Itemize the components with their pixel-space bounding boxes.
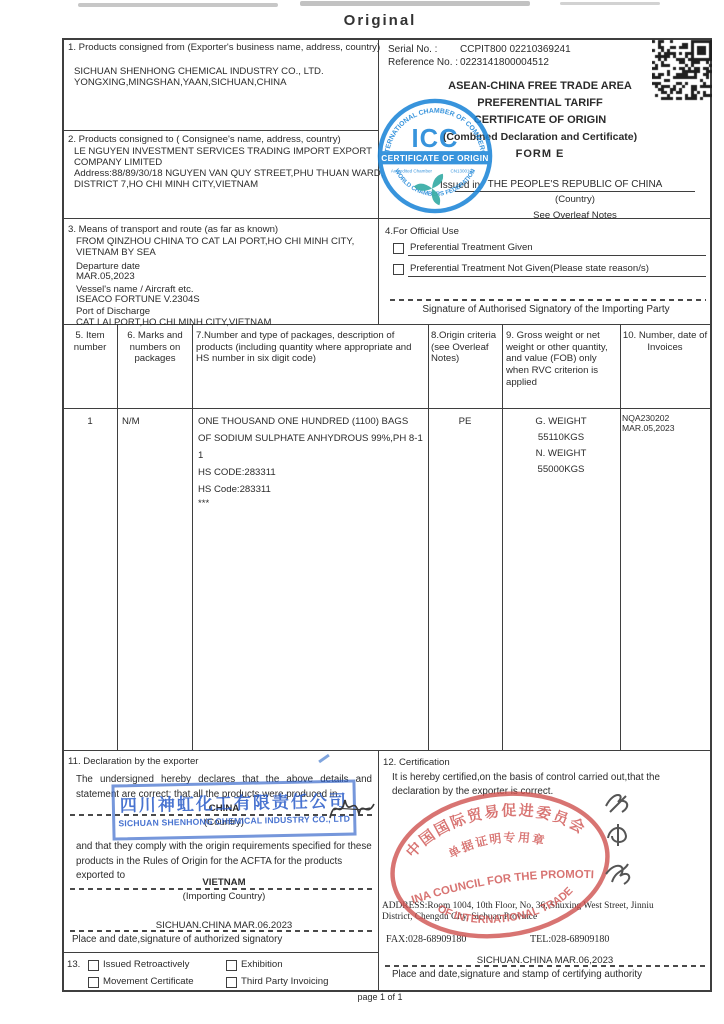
table-column-line — [620, 324, 621, 750]
table-column-line — [428, 324, 429, 750]
preferential-given-checkbox — [393, 243, 404, 254]
row-desc-line: OF SODIUM SULPHATE ANHYDROUS 99%,PH 8-1 — [198, 433, 423, 445]
issued-country: THE PEOPLE'S REPUBLIC OF CHINA — [460, 179, 690, 191]
preferential-not-given-label: Preferential Treatment Not Given(Please … — [410, 263, 649, 275]
row-desc-line: 1 — [198, 450, 203, 462]
exporter-name: SICHUAN SHENHONG CHEMICAL INDUSTRY CO., … — [74, 66, 324, 78]
row-weight-line: N. WEIGHT — [506, 448, 616, 460]
row-weight-line: 55000KGS — [506, 464, 616, 476]
third-party-invoicing-checkbox — [226, 977, 237, 988]
box1-label: 1. Products consigned from (Exporter's b… — [68, 42, 380, 54]
border-right — [710, 38, 712, 992]
box2-label: 2. Products consigned to ( Consignee's n… — [68, 134, 341, 146]
row-invoice-date: MAR.05,2023 — [622, 423, 675, 433]
icc-letters: ICC — [412, 125, 459, 153]
ccpit-line2-text: 单据证明专用章 — [445, 825, 550, 862]
third-party-invoicing-label: Third Party Invoicing — [241, 976, 328, 988]
certifier-signature — [598, 786, 638, 896]
ccpit-certification-stamp: 中国国际贸易促进委员会 单据证明专用章 CHINA COUNCIL FOR TH… — [377, 775, 624, 955]
fta-title-line1: ASEAN-CHINA FREE TRADE AREA — [390, 80, 690, 93]
country-caption: (Country) — [460, 194, 690, 206]
col-weight-header: 9. Gross weight or net weight or other q… — [506, 330, 616, 389]
row-origin-criteria: PE — [431, 416, 499, 428]
row-desc-line: ONE THOUSAND ONE HUNDRED (1100) BAGS — [198, 416, 408, 428]
issued-retroactively-checkbox — [88, 960, 99, 971]
exporter-address: YONGXING,MINGSHAN,YAAN,SICHUAN,CHINA — [74, 77, 287, 89]
transport-route-line2: VIETNAM BY SEA — [76, 247, 156, 259]
row-weight-line: 55110KGS — [506, 432, 616, 444]
preferential-given-label: Preferential Treatment Given — [410, 242, 533, 254]
importing-signatory-caption: Signature of Authorised Signatory of the… — [385, 304, 707, 316]
col-marks-header: 6. Marks and numbers on packages — [120, 330, 190, 365]
exporter-company-stamp: 四川神虹化工有限责任公司 SICHUAN SHENHONG CHEMICAL I… — [111, 779, 356, 840]
page-title: Original — [300, 12, 460, 30]
ink-mark — [318, 754, 330, 763]
scan-smudge — [78, 3, 278, 7]
consignee-line: Address:88/89/30/18 NGUYEN VAN QUY STREE… — [74, 168, 383, 180]
exhibition-checkbox — [226, 960, 237, 971]
box11-label: 11. Declaration by the exporter — [68, 756, 198, 768]
divider — [378, 750, 379, 991]
serial-value: CCPIT800 02210369241 — [460, 44, 571, 56]
box4-label: 4.For Official Use — [385, 226, 459, 238]
authority-tel: TEL:028-68909180 — [530, 934, 609, 946]
exhibition-label: Exhibition — [241, 959, 283, 971]
table-column-line — [117, 324, 118, 750]
discharge-port-label: Port of Discharge — [76, 306, 150, 318]
icc-certificate-stamp: INTERNATIONAL CHAMBER OF COMMERCE ICC CE… — [376, 97, 494, 215]
consignee-line: LE NGUYEN INVESTMENT SERVICES TRADING IM… — [74, 146, 372, 158]
row-weight-line: G. WEIGHT — [506, 416, 616, 428]
divider — [62, 952, 379, 953]
box3-label: 3. Means of transport and route (as far … — [68, 224, 278, 236]
col-description-header: 7.Number and type of packages, descripti… — [196, 330, 424, 365]
consignee-line: COMPANY LIMITED — [74, 157, 162, 169]
page-footer: page 1 of 1 — [320, 992, 440, 1003]
divider — [62, 750, 712, 751]
col-origin-header: 8.Origin criteria (see Overleaf Notes) — [431, 330, 499, 365]
movement-certificate-checkbox — [88, 977, 99, 988]
option-underline — [408, 276, 706, 277]
svg-text:单据证明专用章: 单据证明专用章 — [445, 825, 550, 862]
table-column-line — [502, 324, 503, 750]
certification-line1: It is hereby certified,on the basis of c… — [392, 772, 660, 784]
certificate-of-origin-page: Original 1. Products consigned from (Exp… — [0, 0, 724, 1024]
divider — [62, 408, 712, 409]
transport-route-line1: FROM QINZHOU CHINA TO CAT LAI PORT,HO CH… — [76, 236, 354, 248]
discharge-port-value: CAT LAI PORT,HO CHI MINH CITY,VIETNAM — [76, 317, 271, 329]
movement-certificate-label: Movement Certificate — [103, 976, 194, 988]
importing-country: VIETNAM — [76, 877, 372, 889]
divider — [62, 130, 379, 131]
exporter-place-date: SICHUAN.CHINA MAR.06.2023 — [76, 920, 372, 932]
icc-band-text: CERTIFICATE OF ORIGIN — [381, 154, 489, 163]
company-stamp-chinese: 四川神虹化工有限责任公司 — [120, 792, 348, 814]
reference-label: Reference No. : — [388, 57, 458, 69]
signature-dash-line — [390, 299, 706, 301]
overleaf-note: See Overleaf Notes — [460, 210, 690, 222]
row-desc-line: *** — [198, 498, 209, 510]
row-desc-line: HS Code:283311 — [198, 484, 271, 496]
row-marks: N/M — [122, 416, 140, 428]
wcf-pinwheel-icon — [414, 174, 445, 206]
departure-date-value: MAR.05,2023 — [76, 271, 135, 283]
issued-retroactively-label: Issued Retroactively — [103, 959, 189, 971]
row-item-number: 1 — [64, 416, 116, 428]
table-column-line — [192, 324, 193, 750]
col-item-header: 5. Item number — [64, 330, 116, 353]
consignee-line: DISTRICT 7,HO CHI MINH CITY,VIETNAM — [74, 179, 258, 191]
row-invoice-number: NQA230202 — [622, 413, 669, 423]
exporter-signature-caption: Place and date,signature of authorized s… — [72, 934, 282, 946]
box12-label: 12. Certification — [383, 757, 450, 769]
preferential-not-given-checkbox — [393, 264, 404, 275]
serial-label: Serial No. : — [388, 44, 437, 56]
authority-signature-caption: Place and date,signature and stamp of ce… — [392, 969, 642, 981]
scan-smudge — [560, 2, 660, 5]
vessel-value: ISEACO FORTUNE V.2304S — [76, 294, 200, 306]
option-underline — [408, 255, 706, 256]
row-desc-line: HS CODE:283311 — [198, 467, 276, 479]
authority-place-date: SICHUAN.CHINA MAR.06,2023 — [400, 955, 690, 967]
box13-label: 13. — [67, 959, 80, 971]
importing-country-caption: (Importing Country) — [76, 891, 372, 903]
col-invoice-header: 10. Number, date of Invoices — [622, 330, 708, 353]
border-left — [62, 38, 64, 992]
exporter-signature — [326, 788, 382, 830]
scan-smudge — [300, 1, 530, 6]
reference-value: 0223141800004512 — [460, 57, 549, 69]
company-stamp-english: SICHUAN SHENHONG CHEMICAL INDUSTRY CO., … — [118, 813, 350, 828]
border-top — [62, 38, 712, 40]
